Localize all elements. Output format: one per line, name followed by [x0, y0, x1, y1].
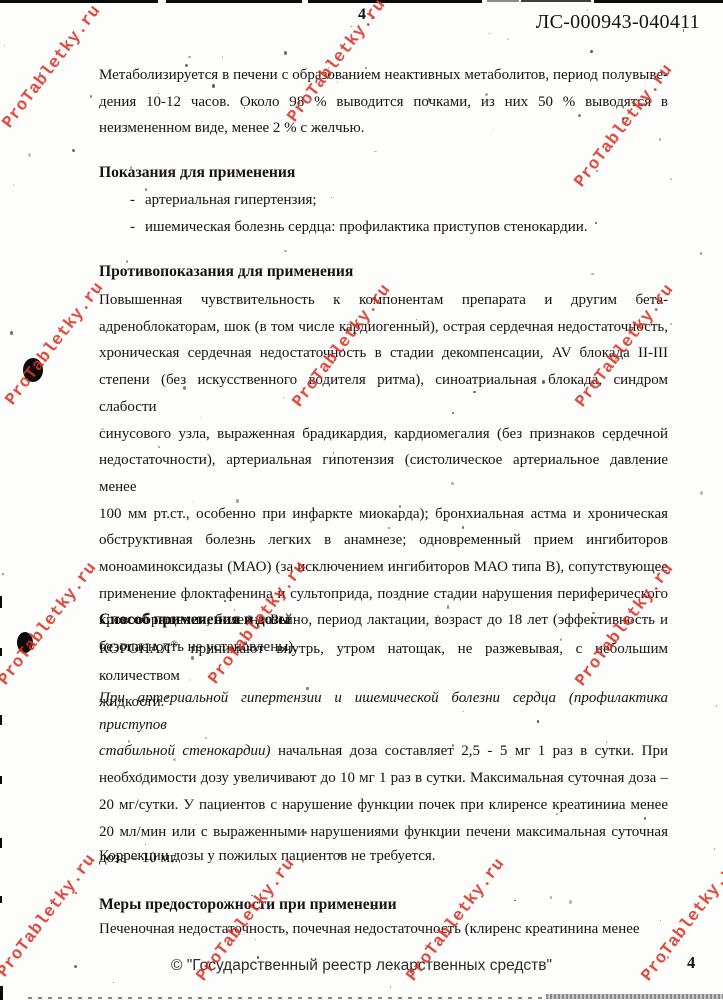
scan-edge-left: [0, 986, 3, 1000]
scan-noise-speck: [2, 573, 4, 575]
registration-number: ЛС-000943-040411: [536, 11, 700, 34]
scan-edge-top: [521, 0, 591, 2]
scan-noise-speck: [145, 844, 146, 845]
scan-noise-speck: [589, 561, 590, 562]
list-dash: -: [130, 187, 145, 214]
scan-noise-speck: [139, 773, 142, 775]
text-line: применение флоктафенина и сультоприда, п…: [99, 581, 668, 608]
scan-noise-speck: [338, 853, 341, 857]
scan-noise-speck: [496, 589, 498, 592]
scan-noise-speck: [74, 965, 77, 968]
text-line-italic: При артериальной гипертензии и ишемическ…: [99, 685, 668, 738]
scan-noise-speck: [200, 417, 201, 419]
brand-name: КОРОНАЛ: [99, 641, 171, 657]
scan-noise-speck: [374, 151, 376, 153]
scan-noise-speck: [716, 705, 718, 707]
text-line: дения 10-12 часов. Около 98 % выводится …: [99, 89, 668, 116]
text-line: недостаточности), артериальная гипотензи…: [99, 447, 668, 500]
scan-noise-speck: [595, 222, 597, 224]
scan-noise-speck: [113, 982, 114, 983]
scan-noise-speck: [591, 273, 594, 275]
scan-noise-speck: [514, 900, 515, 902]
scan-noise-speck: [284, 51, 287, 55]
registered-trademark-symbol: ®: [171, 640, 178, 650]
scan-noise-speck: [659, 138, 661, 141]
scan-noise-speck: [10, 331, 13, 335]
scan-noise-speck: [351, 26, 352, 27]
text-line: Печеночная недостаточность, почечная нед…: [99, 916, 668, 943]
scan-noise-speck: [255, 939, 256, 940]
scan-noise-speck: [128, 740, 130, 743]
scan-noise-speck: [700, 252, 702, 255]
indications-list: -артериальная гипертензия; -ишемическая …: [130, 187, 668, 240]
list-item: -ишемическая болезнь сердца: профилактик…: [130, 214, 668, 241]
scan-noise-speck: [390, 986, 392, 988]
scan-edge-top: [0, 0, 158, 3]
registry-copyright-footer: © "Государственный реестр лекарственных …: [0, 956, 723, 976]
scan-noise-speck: [248, 615, 251, 618]
scan-noise-speck: [222, 56, 224, 58]
watermark-protabletky: ProTabletky.ru: [0, 2, 106, 133]
scan-noise-speck: [236, 499, 239, 503]
scan-edge-bottom-band: [546, 994, 723, 999]
scan-noise-speck: [72, 149, 75, 153]
page-number-bottom: 4: [687, 953, 695, 973]
scan-noise-speck: [670, 323, 672, 325]
scan-noise-speck: [670, 178, 671, 180]
scan-noise-speck: [4, 45, 6, 46]
section-heading-indications: Показания для применения: [99, 164, 295, 182]
scan-noise-speck: [306, 687, 308, 690]
list-item-text: ишемическая болезнь сердца: профилактика…: [145, 219, 588, 235]
scan-noise-speck: [212, 84, 215, 88]
scan-noise-speck: [191, 656, 194, 659]
scan-noise-speck: [187, 906, 190, 910]
scan-noise-speck: [473, 391, 476, 393]
scan-noise-speck: [145, 188, 147, 191]
scan-edge-top: [308, 0, 482, 3]
scan-noise-speck: [578, 114, 581, 117]
paragraph-elderly: Коррекции дозы у пожилых пациентов не тр…: [99, 843, 668, 870]
list-item-text: артериальная гипертензия;: [145, 192, 317, 208]
scan-noise-speck: [225, 320, 226, 321]
section-heading-contraindications: Противопоказания для применения: [99, 263, 353, 281]
paragraph-contraindications: Повышенная чувствительность к компонента…: [99, 287, 668, 661]
scan-noise-speck: [416, 319, 417, 320]
text-line: необходимости дозу увеличивают до 10 мг …: [99, 765, 668, 792]
paragraph-precautions: Печеночная недостаточность, почечная нед…: [99, 916, 668, 943]
scan-noise-speck: [304, 831, 307, 834]
scan-noise-speck: [485, 93, 488, 96]
scan-noise-speck: [205, 737, 207, 739]
watermark-protabletky: ProTabletky.ru: [0, 559, 102, 690]
text-line: синусового узла, выраженная брадикардия,…: [99, 421, 668, 448]
scan-edge-left: [0, 776, 2, 784]
scan-noise-speck: [188, 56, 191, 58]
scan-edge-left: [0, 596, 2, 608]
scan-noise-speck: [328, 74, 329, 76]
scan-noise-speck: [337, 81, 338, 83]
scan-edge-left: [0, 838, 2, 848]
scan-noise-speck: [257, 956, 259, 959]
scan-noise-speck: [569, 900, 572, 904]
scan-noise-speck: [28, 153, 31, 157]
text-line: моноаминоксидазы (МАО) (за исключением и…: [99, 554, 668, 581]
scan-noise-speck: [183, 386, 186, 390]
scan-noise-speck: [283, 397, 284, 398]
text-line: 100 мм рт.ст., особенно при инфаркте мио…: [99, 501, 668, 528]
text-line: обструктивная болезнь легких в анамнезе;…: [99, 527, 668, 554]
scan-edge-top: [487, 0, 519, 2]
scan-noise-speck: [452, 744, 454, 746]
text-line: адреноблокаторам, шок (в том числе карди…: [99, 314, 668, 341]
scan-noise-speck: [90, 95, 92, 98]
scan-noise-speck: [130, 166, 132, 169]
scan-noise-speck: [173, 758, 175, 761]
scan-noise-speck: [244, 641, 247, 645]
text-line: Коррекции дозы у пожилых пациентов не тр…: [99, 843, 668, 870]
scan-noise-speck: [13, 184, 14, 186]
scan-noise-speck: [388, 527, 389, 529]
paragraph-metabolism: Метаболизируется в печени с образованием…: [99, 62, 668, 142]
scan-noise-speck: [590, 50, 593, 54]
scan-noise-speck: [596, 170, 598, 172]
text-line: хроническая сердечная недостаточность в …: [99, 340, 668, 367]
text-segment: начальная доза составляет 2,5 - 5 мг 1 р…: [271, 743, 668, 759]
scan-noise-speck: [700, 491, 703, 495]
list-dash: -: [130, 214, 145, 241]
scan-edge-left: [0, 896, 2, 903]
scan-noise-speck: [325, 127, 327, 130]
scanned-document-page: 4 ЛС-000943-040411 Метаболизируется в пе…: [0, 0, 723, 1000]
scan-edge-left: [0, 715, 2, 725]
scan-noise-speck: [39, 72, 41, 75]
scan-noise-speck: [714, 848, 716, 850]
scan-noise-speck: [310, 520, 312, 523]
scan-noise-speck: [489, 33, 490, 34]
text-line: 20 мг/сутки. У пациентов с нарушение фун…: [99, 792, 668, 819]
watermark-protabletky: ProTabletky.ru: [2, 279, 109, 410]
text-line: 20 мл/мин или с выраженными нарушениями …: [99, 819, 668, 846]
scan-noise-speck: [284, 250, 287, 252]
scan-noise-speck: [185, 64, 188, 67]
text-line: неизмененном виде, менее 2 % с желчью.: [99, 115, 668, 142]
scan-edge-left: [0, 648, 2, 656]
scan-noise-speck: [452, 412, 454, 413]
scan-edge-top: [594, 0, 723, 3]
text-segment-italic: стабильной стенокардии): [99, 743, 271, 759]
scan-edge-top: [166, 0, 302, 3]
scan-noise-speck: [507, 38, 510, 40]
scan-noise-speck: [550, 896, 553, 898]
scan-edge-bottom: [28, 997, 580, 999]
text-line: стабильной стенокардии) начальная доза с…: [99, 738, 668, 765]
